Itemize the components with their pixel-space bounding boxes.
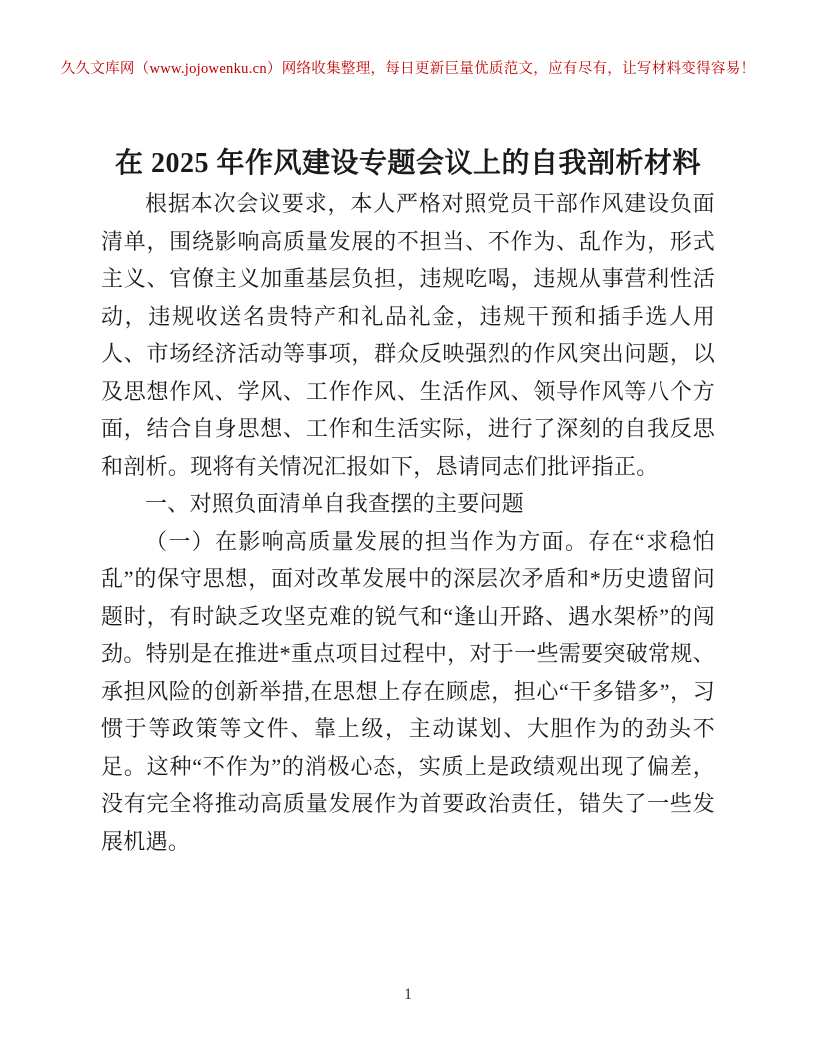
page-number: 1 [0,986,816,1004]
section-paragraph: （一）在影响高质量发展的担当作为方面。存在“求稳怕乱”的保守思想，面对改革发展中… [101,523,715,861]
document-title: 在 2025 年作风建设专题会议上的自我剖析材料 [60,143,756,185]
intro-paragraph: 根据本次会议要求，本人严格对照党员干部作风建设负面清单，围绕影响高质量发展的不担… [101,185,715,485]
section-heading: 一、对照负面清单自我查摆的主要问题 [101,485,715,523]
page-header-text: 久久文库网（www.jojowenku.cn）网络收集整理，每日更新巨量优质范文… [40,58,776,80]
document-page: 久久文库网（www.jojowenku.cn）网络收集整理，每日更新巨量优质范文… [0,0,816,1056]
